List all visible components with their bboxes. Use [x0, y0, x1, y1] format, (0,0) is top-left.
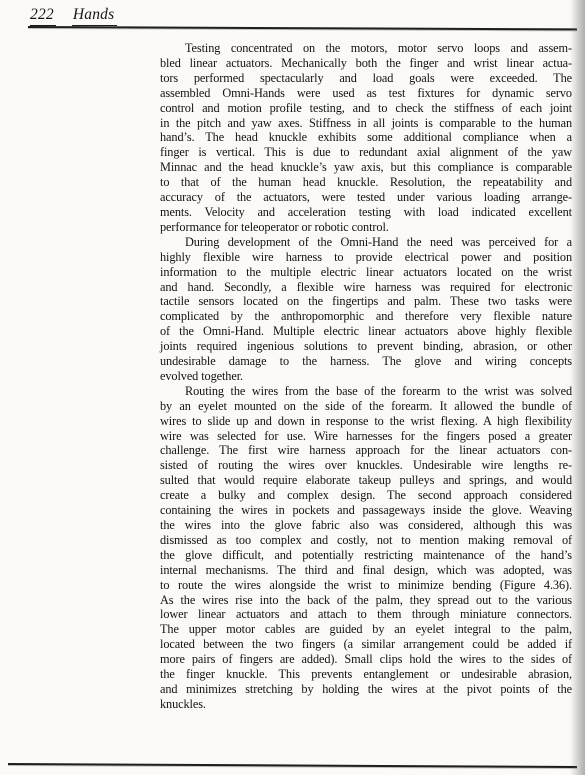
text-line: the wires into the glove fabric also was… [160, 518, 572, 533]
text-line: by an eyelet mounted on the side of the … [160, 399, 572, 414]
header-rule [28, 26, 577, 30]
text-line: in the pitch and yaw axes. Stiffness in … [160, 116, 572, 131]
text-line: complicated by the anthropomorphic and t… [160, 309, 572, 324]
text-line: Testing concentrated on the motors, moto… [160, 41, 572, 56]
text-line: accuracy of the actuators, were tested u… [160, 190, 572, 205]
text-line: more pairs of fingers are added). Small … [160, 652, 572, 667]
text-line: ments. Velocity and acceleration testing… [160, 205, 572, 220]
text-line: tactile sensors located on the fingertip… [160, 294, 572, 309]
text-line: and minimizes stretching by holding the … [160, 682, 572, 697]
text-line: sisted of routing the wires over knuckle… [160, 458, 572, 473]
footer-rule [8, 763, 577, 768]
paragraph: Routing the wires from the base of the f… [160, 384, 572, 712]
book-page: 222Hands Testing concentrated on the mot… [0, 0, 585, 775]
text-line: internal mechanisms. The third and final… [160, 563, 572, 578]
text-line: Minnac and the head knuckle’s yaw axis, … [160, 160, 572, 175]
text-line: the glove difficult, and potentially res… [160, 548, 572, 563]
page-number: 222 [30, 6, 56, 26]
text-line: the finger knuckle. This prevents entang… [160, 667, 572, 682]
body-text: Testing concentrated on the motors, moto… [160, 41, 572, 712]
text-line: information to the multiple electric lin… [160, 265, 572, 280]
scan-edge-shadow [570, 0, 585, 775]
text-line: tors performed spectacularly and load go… [160, 71, 572, 86]
paragraph: Testing concentrated on the motors, moto… [160, 41, 572, 235]
text-line: knuckles. [160, 697, 572, 712]
text-line: joints required ingenious solutions to p… [160, 339, 572, 354]
text-line: finger is vertical. This is due to redun… [160, 145, 572, 160]
text-line: As the wires rise into the back of the p… [160, 593, 572, 608]
text-line: control and motion profile testing, and … [160, 101, 572, 116]
text-line: lower linear actuators and attach to the… [160, 607, 572, 622]
text-line: wire was selected for use. Wire harnesse… [160, 429, 572, 444]
text-line: During development of the Omni-Hand the … [160, 235, 572, 250]
text-line: hand’s. The head knuckle exhibits some a… [160, 130, 572, 145]
paragraph: During development of the Omni-Hand the … [160, 235, 572, 384]
text-line: to route the wires alongside the wrist t… [160, 578, 572, 593]
text-line: wires to slide up and down in response t… [160, 414, 572, 429]
text-line: and hand. Secondly, a flexible wire harn… [160, 280, 572, 295]
text-line: located between the two fingers (a simil… [160, 637, 572, 652]
text-line: sulted that would require elaborate take… [160, 473, 572, 488]
chapter-title: Hands [72, 6, 117, 26]
text-line: challenge. The first wire harness approa… [160, 443, 572, 458]
text-line: performance for teleoperator or robotic … [160, 220, 572, 235]
text-line: of the Omni-Hand. Multiple electric line… [160, 324, 572, 339]
text-line: evolved together. [160, 369, 572, 384]
text-line: containing the wires in pockets and pass… [160, 503, 572, 518]
text-line: Routing the wires from the base of the f… [160, 384, 572, 399]
text-line: undesirable damage to the harness. The g… [160, 354, 572, 369]
text-line: bled linear actuators. Mechanically both… [160, 56, 572, 71]
text-line: assembled Omni-Hands were used as test f… [160, 86, 572, 101]
text-line: The upper motor cables are guided by an … [160, 622, 572, 637]
text-line: to that of the human head knuckle. Resol… [160, 175, 572, 190]
text-line: dismissed as too complex and costly, not… [160, 533, 572, 548]
text-line: highly flexible wire harness to provide … [160, 250, 572, 265]
text-line: create a bulky and complex design. The s… [160, 488, 572, 503]
page-header: 222Hands [30, 6, 117, 26]
